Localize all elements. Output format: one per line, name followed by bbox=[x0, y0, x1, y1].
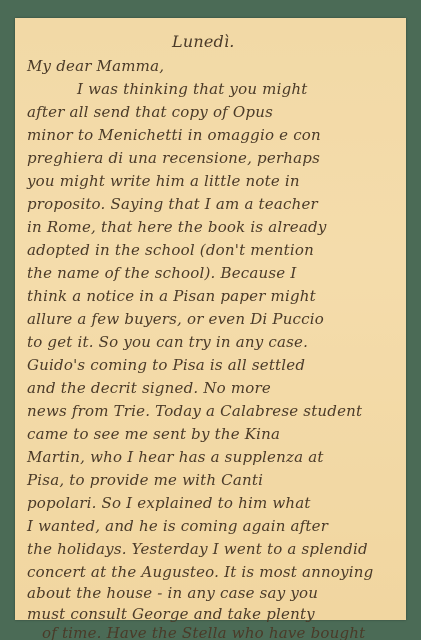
letter-line: concert at the Augusteo. It is most anno… bbox=[27, 563, 373, 581]
letter-date-heading: Lunedì. bbox=[172, 32, 235, 51]
letter-line: came to see me sent by the Kina bbox=[27, 425, 280, 443]
letter-line: and the decrit signed. No more bbox=[27, 379, 271, 397]
letter-line: I wanted, and he is coming again after bbox=[27, 517, 328, 535]
letter-line: after all send that copy of Opus bbox=[27, 103, 273, 121]
letter-line: think a notice in a Pisan paper might bbox=[27, 287, 316, 305]
letter-line: must consult George and take plenty bbox=[27, 605, 315, 623]
letter-salutation: My dear Mamma, bbox=[27, 57, 164, 75]
letter-line: allure a few buyers, or even Di Puccio bbox=[27, 310, 324, 328]
letter-line: to get it. So you can try in any case. bbox=[27, 333, 308, 351]
letter-line: Martin, who I hear has a supplenza at bbox=[27, 448, 324, 466]
letter-line: about the house - in any case say you bbox=[27, 584, 318, 602]
letter-line: adopted in the school (don't mention bbox=[27, 241, 314, 259]
letter-line: news from Trie. Today a Calabrese studen… bbox=[27, 402, 362, 420]
letter-line: I was thinking that you might bbox=[77, 80, 307, 98]
letter-line: in Rome, that here the book is already bbox=[27, 218, 327, 236]
letter-line: Pisa, to provide me with Canti bbox=[27, 471, 263, 489]
letter-line: Guido's coming to Pisa is all settled bbox=[27, 356, 305, 374]
letter-line: proposito. Saying that I am a teacher bbox=[27, 195, 318, 213]
letter-line: the name of the school). Because I bbox=[27, 264, 296, 282]
postcard: Lunedì. My dear Mamma, I was thinking th… bbox=[15, 18, 406, 620]
letter-line: of time. Have the Stella who have bought bbox=[42, 624, 365, 640]
letter-line: preghiera di una recensione, perhaps bbox=[27, 149, 320, 167]
letter-line: the holidays. Yesterday I went to a sple… bbox=[27, 540, 368, 558]
letter-line: you might write him a little note in bbox=[27, 172, 300, 190]
letter-line: minor to Menichetti in omaggio e con bbox=[27, 126, 321, 144]
letter-line: popolari. So I explained to him what bbox=[27, 494, 311, 512]
